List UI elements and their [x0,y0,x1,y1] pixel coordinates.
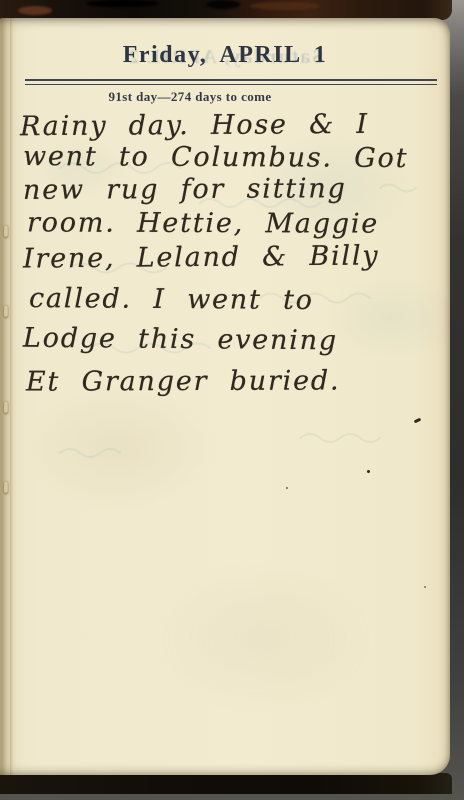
header-double-rule [25,79,437,85]
handwriting-line: Et Granger buried. [26,365,340,397]
book-cover-bottom-edge [0,773,452,794]
handwriting-line: Lodge this evening [23,323,338,357]
cover-wear-mark [250,2,320,10]
binding-stitch [4,305,8,317]
binding-crease [10,18,13,775]
handwriting-line: went to Columbus. Got [23,141,408,174]
handwriting-line: new rug for sitting [23,173,347,206]
page-title: Friday, APRIL 1 [0,42,450,69]
handwriting-line: called. I went to [29,283,314,316]
diary-page: Saturday, APRIL 2 Friday, APRIL 1 91st d… [0,18,450,775]
binding-stitch [4,401,8,413]
cover-wear-mark [86,0,158,7]
cover-wear-mark [206,0,240,9]
day-count-line: 91st day—274 days to come [28,89,352,105]
ink-speck [424,586,426,588]
handwriting-line: room. Hettie, Maggie [27,207,379,239]
ink-speck [286,487,288,489]
ink-speck [367,470,370,473]
binding-stitch [4,481,8,493]
book-cover-top-edge [0,0,452,20]
cover-wear-mark [18,6,52,15]
binding-stitch [4,225,8,237]
diary-scan: Saturday, APRIL 2 Friday, APRIL 1 91st d… [0,0,464,800]
handwriting-line: Rainy day. Hose & I [20,109,369,142]
ink-speck [414,418,422,424]
handwriting-line: Irene, Leland & Billy [23,240,380,274]
